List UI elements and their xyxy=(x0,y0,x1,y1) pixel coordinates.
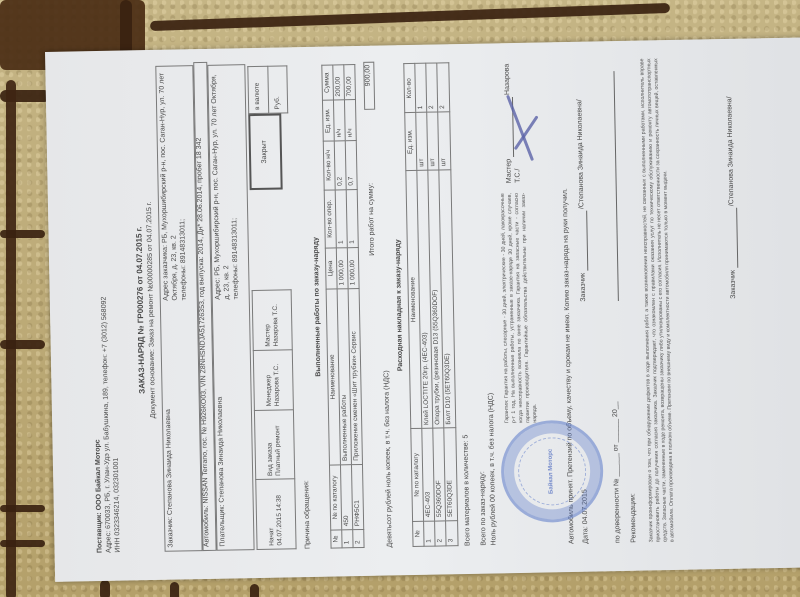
carpet-pattern xyxy=(100,580,110,597)
proxy-signature-line xyxy=(605,71,618,301)
works-total-words: Девятьсот рублей ноль копеек, в т.ч. без… xyxy=(383,370,395,547)
parts-table: №№ по каталогуНаименованиеЕд. изм.Кол-во… xyxy=(403,62,458,547)
works-table-cell: 2 xyxy=(353,529,364,547)
works-table-cell: РНФ5С1 xyxy=(352,464,364,530)
start-value: 04.07.2015 14:38 xyxy=(275,483,284,546)
final-sign-name: /Степанова Зинаида Николаевна/ xyxy=(726,96,735,206)
carpet-pattern xyxy=(170,582,179,597)
works-table-cell: н/ч xyxy=(345,100,357,141)
carpet-pattern xyxy=(250,584,259,597)
fine-print: Заказчик проинформирован о том, что при … xyxy=(639,58,676,542)
parts-table-cell: 2 xyxy=(426,63,438,113)
status-badge: Закрыт xyxy=(248,113,282,190)
parts-table-cell: 1 xyxy=(415,63,427,113)
carpet-pattern xyxy=(0,230,45,238)
master-value: Назарова Т.С. xyxy=(272,294,281,347)
works-table-cell: 700,00 xyxy=(344,65,356,101)
customer-phone: телефоны: 89148313011; xyxy=(179,219,189,301)
parts-table-cell: шт xyxy=(438,112,450,170)
stamp-text: Байкал Моторс xyxy=(548,449,556,494)
order-info-row: Начат04.07.2015 14:38 Вид заказаПлатный … xyxy=(247,65,298,550)
payer-address: Адрес: РБ, Мухоршибирский р-н, пос. Сага… xyxy=(210,69,232,299)
signature-line xyxy=(578,211,588,271)
works-header-cell: Кол-во н/ч xyxy=(323,141,335,190)
works-header-cell: Ед. изм. xyxy=(322,100,334,141)
reason-label: Причина обращения: xyxy=(303,480,313,549)
currency-value: Руб. xyxy=(267,66,287,113)
payer-phone: телефоны: 89148313011; xyxy=(231,218,241,300)
works-table-cell: 200,00 xyxy=(333,65,345,101)
supplier-block: Поставщик: ООО Байкал Моторс Адрес: 6700… xyxy=(87,73,122,553)
works-total-value: 900,00 xyxy=(363,62,375,110)
master-sign-label: Мастер xyxy=(505,159,512,183)
parts-table-cell: 3 xyxy=(446,520,458,546)
customer-sign-label: Заказчик xyxy=(580,273,588,302)
works-total-label: Итого работ на сумму: xyxy=(368,183,378,256)
carpet-pattern xyxy=(150,3,670,31)
works-header-cell: Цена xyxy=(325,248,337,290)
parts-count-note: Всего материалов в количестве: 5 xyxy=(462,434,473,546)
carpet-pattern xyxy=(0,505,45,512)
customer-address: Адрес заказчика: РБ, Мухоршибирский р-н,… xyxy=(158,70,180,300)
type-value: Платный ремонт xyxy=(274,413,283,476)
customer-sign-name: /Степанова Зинаида Николаевна/ xyxy=(576,99,585,209)
master-signature: Мастер Назарова Т.С./ xyxy=(503,53,523,183)
carpet-pattern xyxy=(0,340,45,349)
carpet-pattern xyxy=(6,80,16,597)
final-sign-label: Заказчик xyxy=(730,270,738,299)
works-table-cell: 0,7 xyxy=(346,141,358,190)
order-total-words: Ноль рублей 00 копеек, в т.ч. без налога… xyxy=(488,393,500,546)
work-order-document: Поставщик: ООО Байкал Моторс Адрес: 6700… xyxy=(65,48,794,562)
works-table-cell: 1 000,00 xyxy=(336,247,348,289)
start-cell: Начат04.07.2015 14:38 xyxy=(256,479,296,549)
payer-name: Плательщик: Степанова Зинаида Николаевна xyxy=(216,347,229,547)
customer-name: Заказчик: Степанова Зинаида Николаевна xyxy=(164,348,177,548)
works-table-cell: н/ч xyxy=(334,100,346,141)
type-cell: Вид заказаПлатный ремонт xyxy=(254,409,294,479)
works-table-cell: Приложение сменен «Шит трубки» Сервис xyxy=(348,289,362,465)
manager-value: Назарова Т.С. xyxy=(273,353,282,406)
works-table-cell: 1 000,00 xyxy=(348,247,360,289)
master-cell: МастерНазарова Т.С. xyxy=(252,290,292,351)
works-header-cell: № xyxy=(331,530,342,548)
works-table-cell: 1 xyxy=(342,530,353,548)
currency-label: в валюте xyxy=(248,66,268,113)
parts-table-cell: 2 xyxy=(437,63,449,113)
payer-block: Плательщик: Степанова Зинаида Николаевна… xyxy=(207,64,254,551)
proxy-line: по доверенности № ______ от ______ 20__ xyxy=(612,401,623,543)
manager-cell: МенеджерНазарова Т.С. xyxy=(253,350,293,411)
final-customer-signature: Заказчик /Степанова Зинаида Николаевна/ xyxy=(726,96,739,299)
signature-line xyxy=(728,208,738,268)
carpet-pattern xyxy=(0,540,45,547)
order-total-heading: Всего по заказ-наряду: xyxy=(479,471,489,546)
work-order-paper: Поставщик: ООО Байкал Моторс Адрес: 6700… xyxy=(45,37,800,582)
parts-table-cell: 2 xyxy=(435,520,447,546)
works-header-cell: Сумма xyxy=(322,65,334,101)
parts-table-cell: 1 xyxy=(424,521,436,547)
works-table-cell: 1 xyxy=(346,189,358,247)
guarantee-text: Гарантия: Гарантия на работы, слесарные … xyxy=(500,193,539,424)
recommendations-label: Рекомендации: xyxy=(630,493,640,543)
parts-table-cell: 5ЕТ60Q3DE xyxy=(444,428,457,521)
works-table-cell: 0,2 xyxy=(334,141,346,190)
parts-header-cell: Кол-во xyxy=(404,63,416,113)
parts-header-cell: № xyxy=(413,521,425,547)
works-table: №№ по каталогуНаименованиеЦенаКол-во опе… xyxy=(321,64,365,549)
customer-signature: Заказчик /Степанова Зинаида Николаевна/ xyxy=(576,99,589,302)
